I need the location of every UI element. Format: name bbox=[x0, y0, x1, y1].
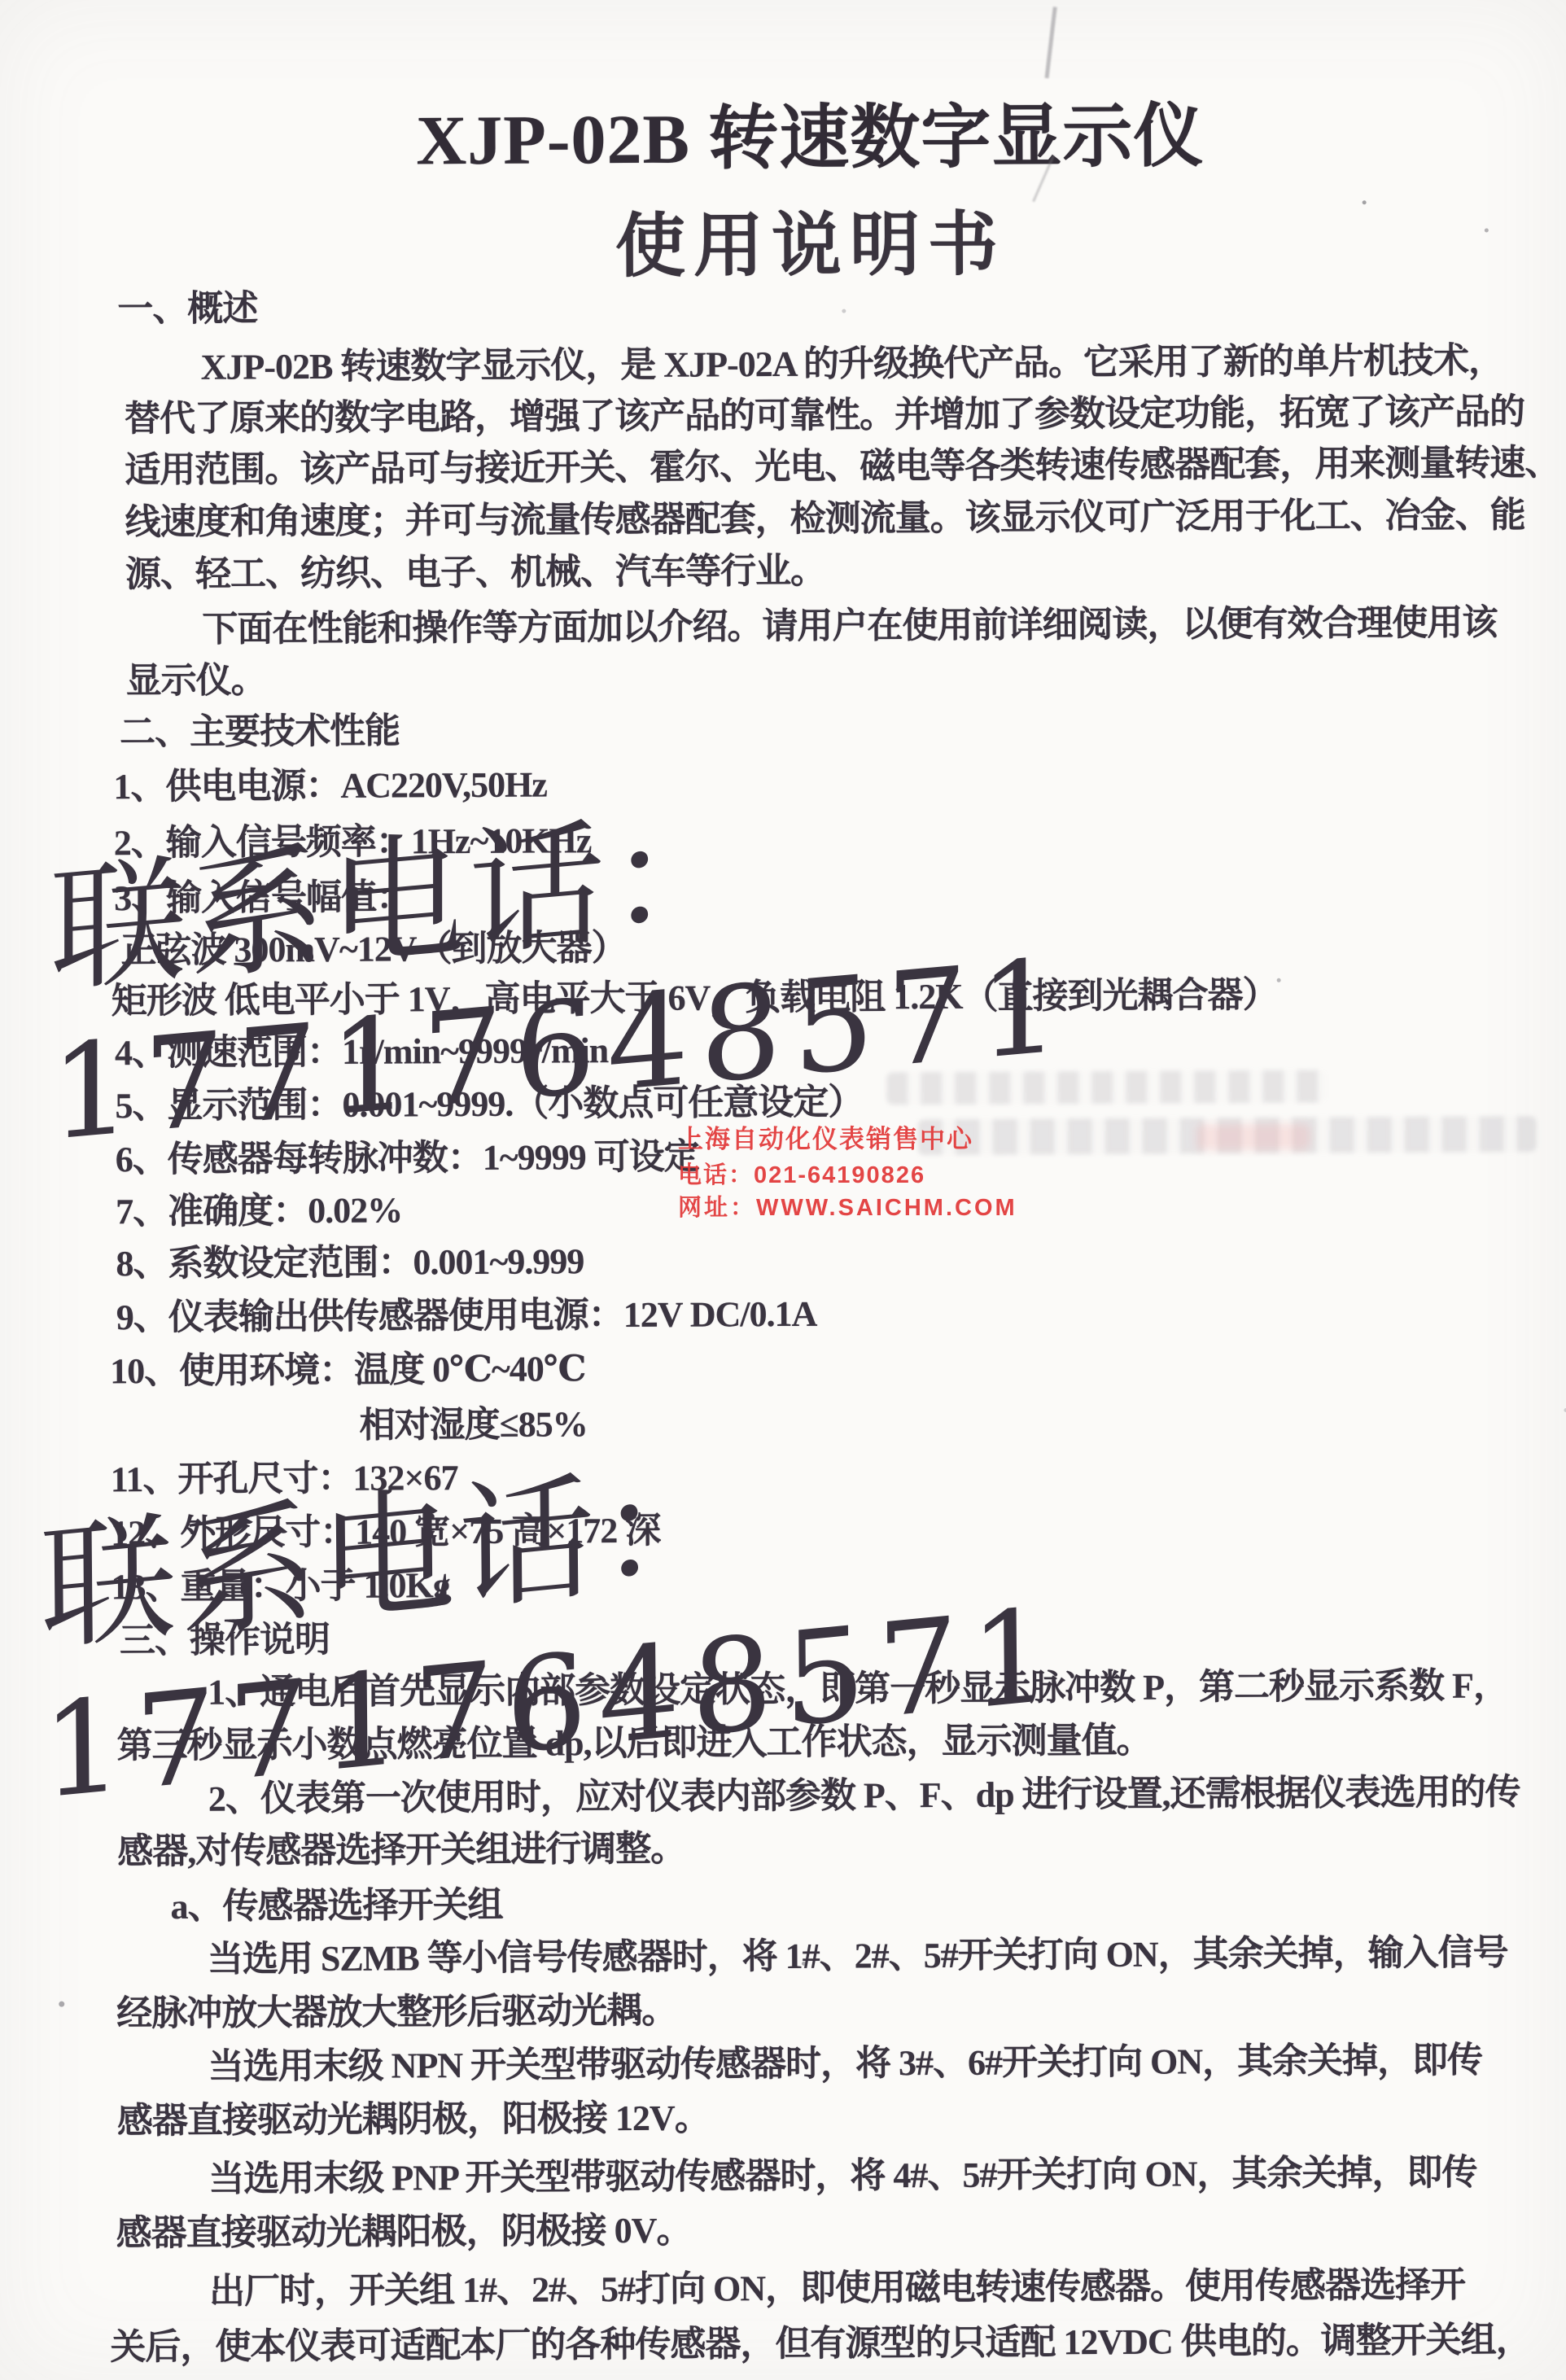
document-subtitle: 使用说明书 bbox=[28, 185, 1566, 294]
text-line: 感器,对传感器选择开关组进行调整。 bbox=[117, 1830, 685, 1872]
text-line: 出厂时，开关组 1#、2#、5#打向 ON，即使用磁电转速传感器。使用传感器选择… bbox=[209, 2266, 1465, 2312]
scan-content-layer: XJP-02B 转速数字显示仪 使用说明书 一、概述XJP-02B 转速数字显示… bbox=[0, 0, 1566, 2380]
text-line: 经脉冲放大器放大整形后驱动光耦。 bbox=[116, 1992, 676, 2034]
text-line: 替代了原来的数字电路，增强了该产品的可靠性。并增加了参数设定功能，拓宽了该产品的 bbox=[125, 392, 1524, 439]
text-line: 当选用 SZMB 等小信号传感器时，将 1#、2#、5#开关打向 ON，其余关掉… bbox=[208, 1933, 1508, 1980]
text-line: 当选用末级 PNP 开关型带驱动传感器时，将 4#、5#开关打向 ON，其余关掉… bbox=[208, 2154, 1476, 2200]
text-line: 感器直接驱动光耦阴极，阳极接 12V。 bbox=[117, 2098, 710, 2141]
text-line: 感器直接驱动光耦阳极，阴极接 0V。 bbox=[116, 2212, 692, 2254]
text-line: 9、仪表输出供传感器使用电源：12V DC/0.1A bbox=[116, 1295, 817, 1338]
bleedthrough-smudge bbox=[918, 1116, 1537, 1155]
text-line: 10、使用环境：温度 0℃~40℃ bbox=[110, 1350, 586, 1391]
text-line: 8、系数设定范围：0.001~9.999 bbox=[116, 1242, 584, 1284]
text-line: 适用范围。该产品可与接近开关、霍尔、光电、磁电等各类转速传感器配套，用来测量转速… bbox=[125, 444, 1559, 491]
text-line: 二、主要技术性能 bbox=[120, 711, 400, 752]
document-title: XJP-02B 转速数字显示仪 bbox=[27, 77, 1566, 186]
text-line: 下面在性能和操作等方面加以介绍。请用户在使用前详细阅读，以便有效合理使用该 bbox=[202, 603, 1497, 650]
text-line: 7、准确度：0.02% bbox=[116, 1191, 402, 1232]
scanned-manual-page: XJP-02B 转速数字显示仪 使用说明书 一、概述XJP-02B 转速数字显示… bbox=[0, 0, 1566, 2380]
text-line: 源、轻工、纺织、电子、机械、汽车等行业。 bbox=[125, 552, 825, 595]
text-line: 一、概述 bbox=[117, 289, 257, 329]
text-line: 显示仪。 bbox=[126, 661, 266, 701]
text-line: 关后，使本仪表可适配本厂的各种传感器，但有源型的只适配 12VDC 供电的。调整… bbox=[110, 2321, 1531, 2368]
text-line: a、传感器选择开关组 bbox=[170, 1886, 502, 1927]
scan-streak bbox=[1045, 7, 1057, 78]
text-line: 当选用末级 NPN 开关型带驱动传感器时，将 3#、6#开关打向 ON，其余关掉… bbox=[208, 2041, 1483, 2088]
text-line: XJP-02B 转速数字显示仪，是 XJP-02A 的升级换代产品。它采用了新的… bbox=[201, 341, 1504, 387]
document-body: 一、概述XJP-02B 转速数字显示仪，是 XJP-02A 的升级换代产品。它采… bbox=[0, 0, 1559, 4]
bleedthrough-smudge bbox=[1196, 1124, 1310, 1151]
text-line: 线速度和角速度；并可与流量传感器配套，检测流量。该显示仪可广泛用于化工、冶金、能 bbox=[125, 496, 1525, 542]
